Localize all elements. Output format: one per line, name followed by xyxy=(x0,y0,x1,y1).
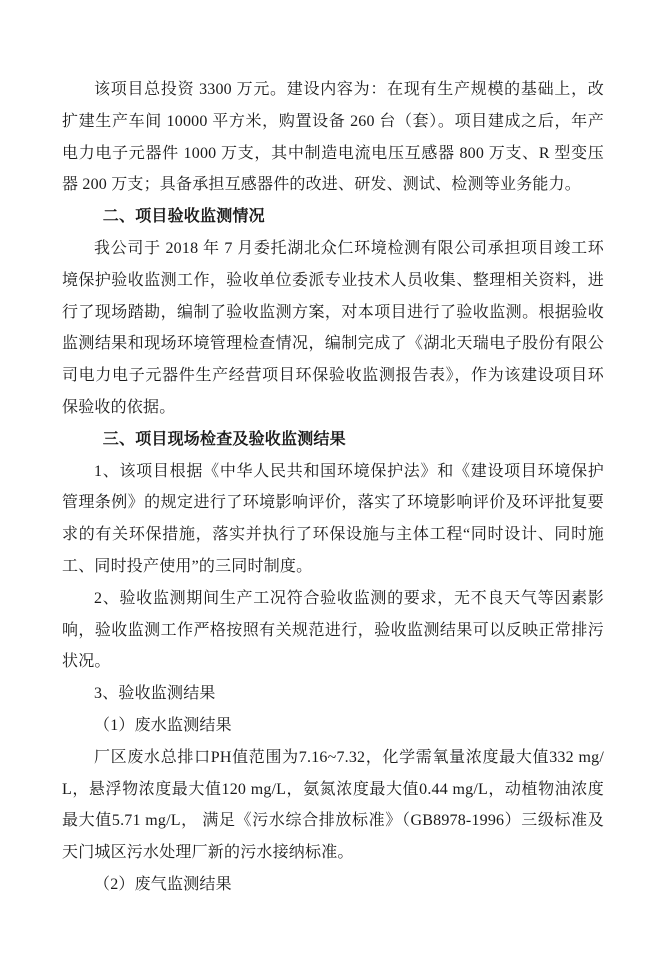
paragraph-item-2-monitoring-conditions: 2、验收监测期间生产工况符合验收监测的要求，无不良天气等因素影响，验收监测工作严… xyxy=(62,583,604,678)
paragraph-item-3-monitoring-results: 3、验收监测结果 xyxy=(62,678,604,710)
section-heading-site-inspection-results: 三、项目现场检查及验收监测结果 xyxy=(62,424,604,456)
section-heading-acceptance-monitoring: 二、项目验收监测情况 xyxy=(62,201,604,233)
paragraph-project-investment: 该项目总投资 3300 万元。建设内容为：在现有生产规模的基础上，改扩建生产车间… xyxy=(62,74,604,201)
paragraph-monitoring-commission: 我公司于 2018 年 7 月委托湖北众仁环境检测有限公司承担项目竣工环境保护验… xyxy=(62,233,604,424)
paragraph-exhaust-gas-results-title: （2）废气监测结果 xyxy=(62,869,604,901)
paragraph-wastewater-results-detail: 厂区废水总排口PH值范围为7.16~7.32，化学需氧量浓度最大值332 mg/… xyxy=(62,742,604,869)
paragraph-wastewater-results-title: （1）废水监测结果 xyxy=(62,710,604,742)
document-page: 该项目总投资 3300 万元。建设内容为：在现有生产规模的基础上，改扩建生产车间… xyxy=(0,0,667,953)
paragraph-item-1-eia-compliance: 1、该项目根据《中华人民共和国环境保护法》和《建设项目环境保护管理条例》的规定进… xyxy=(62,456,604,583)
